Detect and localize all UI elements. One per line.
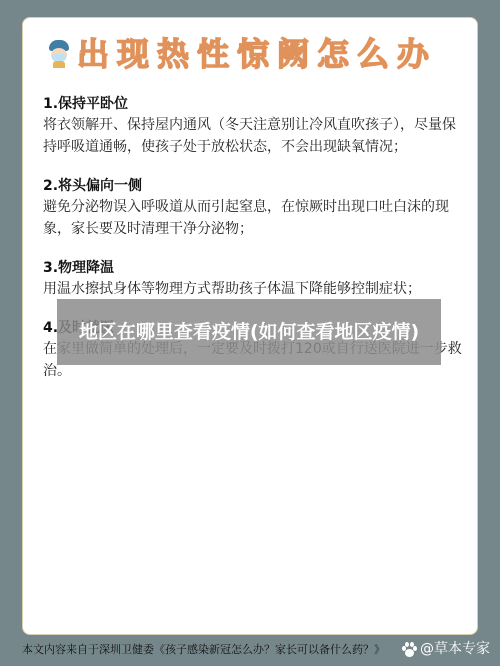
title-row: 出现热性惊阙怎么办 bbox=[47, 34, 437, 74]
section-heading: 2.将头偏向一侧 bbox=[43, 176, 463, 196]
watermark: @草本专家 bbox=[401, 638, 490, 660]
section-body: 用温水擦拭身体等物理方式帮助孩子体温下降能够控制症状； bbox=[43, 278, 463, 300]
title-overlay-banner: 地区在哪里查看疫情(如何查看地区疫情) bbox=[57, 299, 441, 365]
paw-logo-icon bbox=[401, 641, 417, 657]
source-caption: 本文内容来自于深圳卫健委《孩子感染新冠怎么办？家长可以备什么药？》 bbox=[22, 642, 385, 658]
page-title: 出现热性惊阙怎么办 bbox=[77, 34, 437, 74]
section-heading: 1.保持平卧位 bbox=[43, 94, 463, 114]
overlay-title: 地区在哪里查看疫情(如何查看地区疫情) bbox=[71, 320, 427, 345]
watermark-text: @草本专家 bbox=[420, 638, 490, 660]
section-heading: 3.物理降温 bbox=[43, 258, 463, 278]
section-body: 将衣领解开、保持屋内通风（冬天注意别让冷风直吹孩子），尽量保持呼吸道通畅，使孩子… bbox=[43, 114, 463, 158]
section-body: 避免分泌物误入呼吸道从而引起窒息，在惊厥时出现口吐白沫的现象，家长要及时清理干净… bbox=[43, 196, 463, 240]
section-1: 1.保持平卧位 将衣领解开、保持屋内通风（冬天注意别让冷风直吹孩子），尽量保持呼… bbox=[43, 94, 463, 158]
section-3: 3.物理降温 用温水擦拭身体等物理方式帮助孩子体温下降能够控制症状； bbox=[43, 258, 463, 300]
section-2: 2.将头偏向一侧 避免分泌物误入呼吸道从而引起窒息，在惊厥时出现口吐白沫的现象，… bbox=[43, 176, 463, 240]
doctor-mascot-icon bbox=[47, 40, 71, 68]
